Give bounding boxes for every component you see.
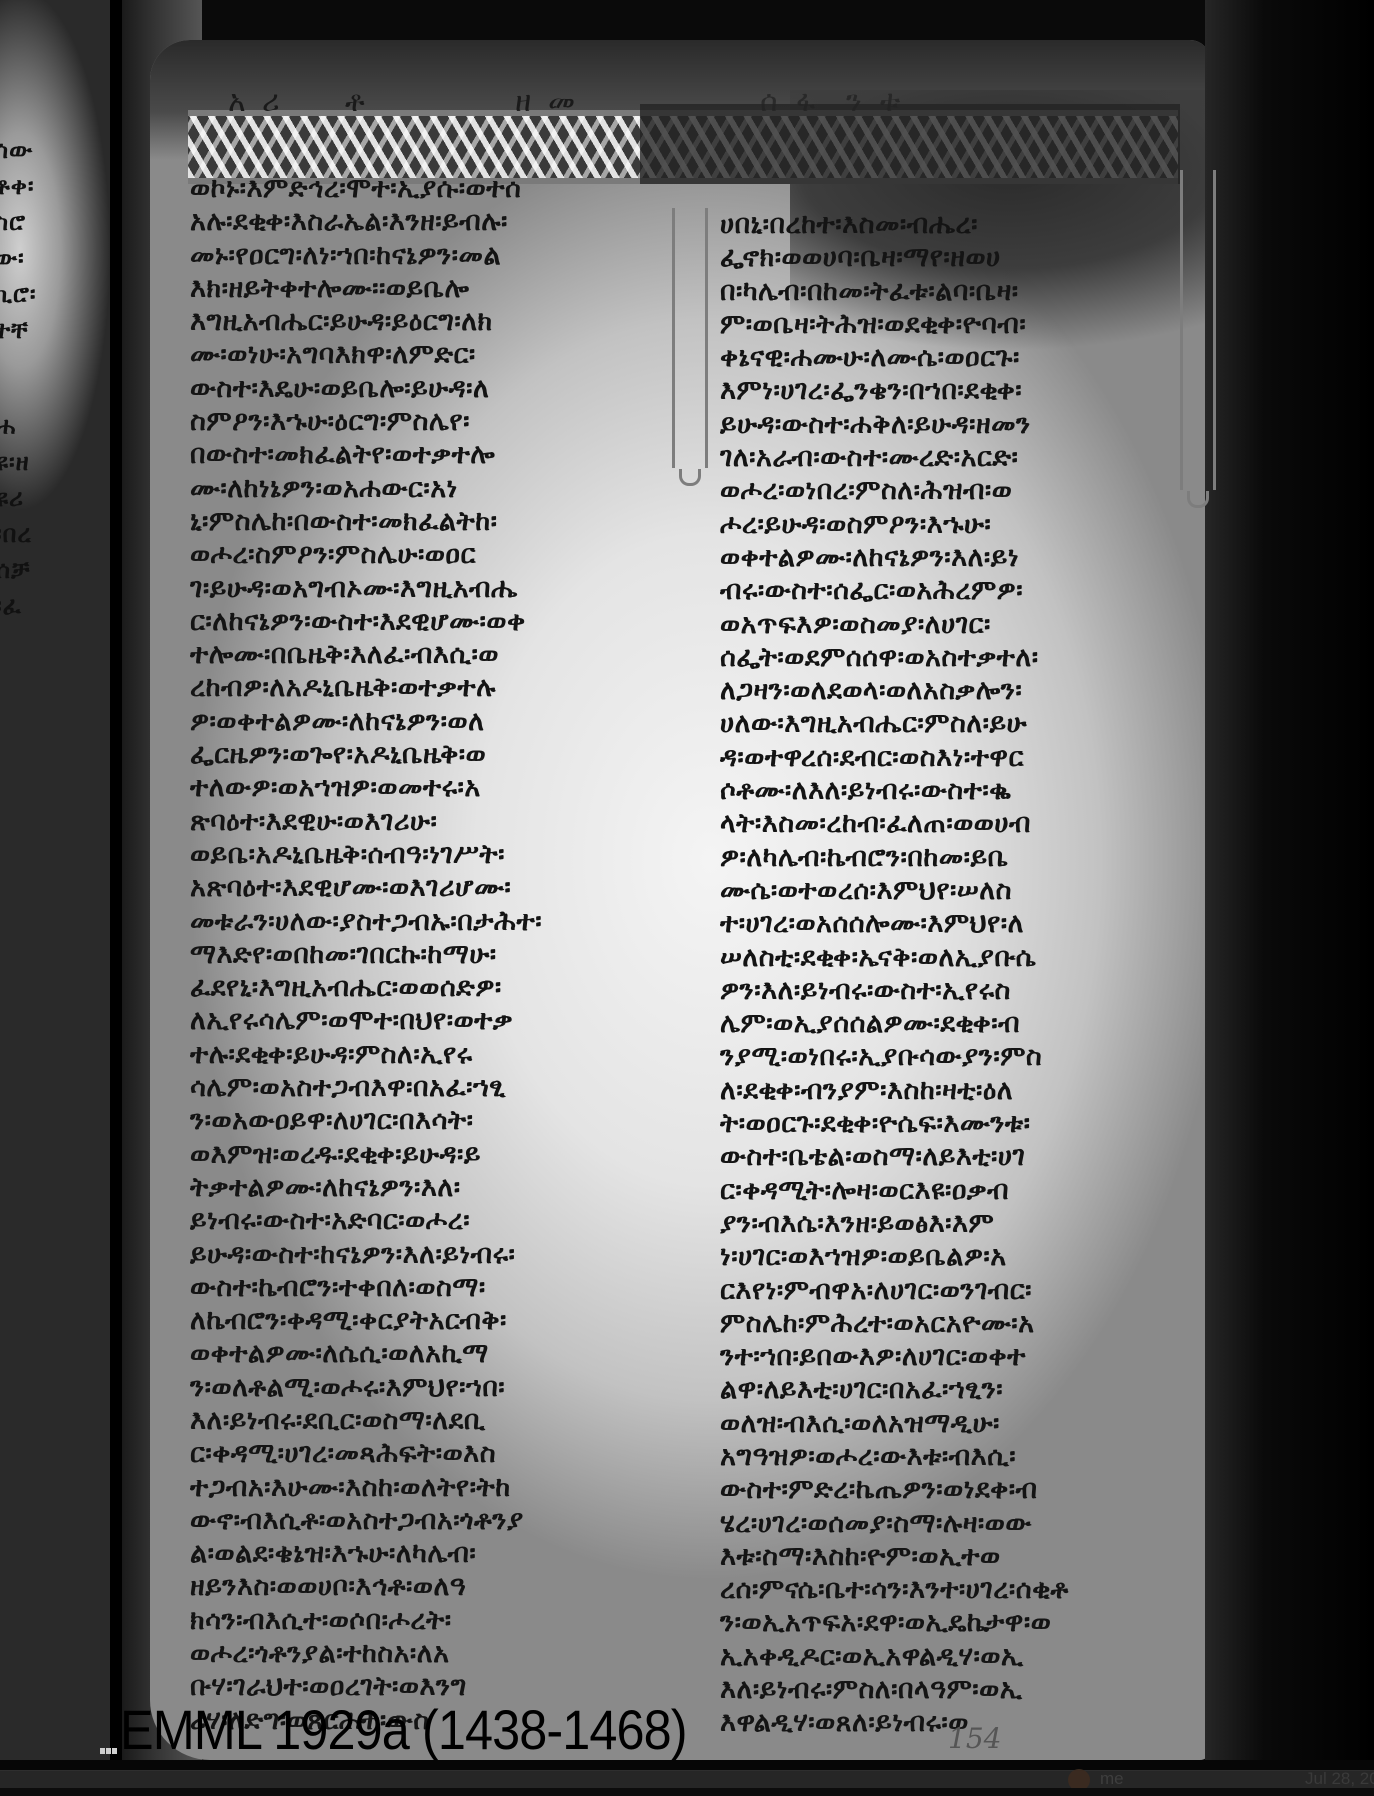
- left-folio-text-fragment: ሐ: [0, 411, 16, 440]
- manuscript-line: ወይቤ፡አዶኒቤዜቅ፡ሰብዓ፡ነገሥት፡: [190, 838, 650, 871]
- manuscript-line: ብሩ፡ውስተ፡ሰፌር፡ወአሕረምዎ፡: [720, 574, 1190, 607]
- manuscript-line: ር፡ለከናኔዎን፡ውስተ፡እደዊሆሙ፡ወቀ: [190, 605, 650, 638]
- manuscript-line: ያን፡ብእሴ፡እንዘ፡ይወፅእ፡እም: [720, 1207, 1190, 1240]
- manuscript-line: ተ፡ሀገረ፡ወአሰሰሎሙ፡እምህየ፡ለ: [720, 907, 1190, 940]
- left-folio-text-fragment: ዩ፡ዘ: [0, 447, 30, 476]
- manuscript-line: ርእየነ፡ምብዋአ፡ለሀገር፡ወንገብር፡: [720, 1274, 1190, 1307]
- headpiece-letter: ፋ: [796, 84, 815, 119]
- headpiece-letter: ቶ: [345, 84, 365, 119]
- manuscript-line: ወአጥፍእዎ፡ወስመያ፡ለሀገር፡: [720, 608, 1190, 641]
- user-name[interactable]: me: [1100, 1769, 1124, 1789]
- left-text-column: ወኮኑ፡እምድኅረ፡ሞተ፡ኢያሱ፡ወተሰአሉ፡ደቂቀ፡እስራኤል፡እንዘ፡ይብሉ…: [190, 172, 650, 1737]
- left-folio-text-fragment: ሰው: [0, 135, 33, 164]
- manuscript-line: ወሖረ፡ስምዖን፡ምስሌሁ፡ወዐር: [190, 538, 650, 571]
- manuscript-line: ተሎሙ፡በቤዜቅ፡እለፈ፡ብእሲ፡ወ: [190, 638, 650, 671]
- manuscript-line: ፌርዜዎን፡ወጐየ፡አዶኒቤዜቅ፡ወ: [190, 738, 650, 771]
- manuscript-line: ር፡ቀዳሚ፡ሀገረ፡መጻሕፍት፡ወእስ: [190, 1437, 650, 1470]
- manuscript-line: ሙሴ፡ወተወረሰ፡እምህየ፡ሠለስ: [720, 874, 1190, 907]
- manuscript-line: ኒ፡ምስሌከ፡በውስተ፡መክፈልትከ፡: [190, 505, 650, 538]
- manuscript-line: ማእድየ፡ወበከመ፡ገበርኩ፡ከማሁ፡: [190, 938, 650, 971]
- manuscript-line: ቀኔናዊ፡ሐሙሁ፡ለሙሴ፡ወዐርጉ፡: [720, 341, 1190, 374]
- manuscript-line: ር፡ቀዳሚት፡ሎዛ፡ወርእዩ፡ዐቃብ: [720, 1174, 1190, 1207]
- manuscript-line: ይሁዳ፡ውስተ፡ሐቅለ፡ይሁዳ፡ዘመን: [720, 408, 1190, 441]
- manuscript-line: ንያሚ፡ወነበሩ፡ኢያቡሳውያን፡ምስ: [720, 1040, 1190, 1073]
- manuscript-line: ሀበኒ፡በረከተ፡እስመ፡ብሔረ፡: [720, 208, 1190, 241]
- manuscript-line: መኑ፡የዐርግ፡ለነ፡ኀበ፡ከናኔዎን፡መል: [190, 239, 650, 272]
- manuscript-line: ገለ፡አራብ፡ውስተ፡ሙረድ፡አርድ፡: [720, 441, 1190, 474]
- manuscript-line: አሉ፡ደቂቀ፡እስራኤል፡እንዘ፡ይብሉ፡: [190, 205, 650, 238]
- manuscript-line: ለኢየሩሳሌም፡ወሞተ፡በህየ፡ወተቃ: [190, 1004, 650, 1037]
- manuscript-line: ክሳን፡ብእሲተ፡ወሶበ፡ሖረት፡: [190, 1604, 650, 1637]
- manuscript-line: ሌም፡ወኢያሰሰልዎሙ፡ደቂቀ፡ብ: [720, 1007, 1190, 1040]
- manuscript-line: ፈደየኒ፡እግዚአብሔር፡ወወሰድዎ፡: [190, 971, 650, 1004]
- manuscript-line: ውስተ፡ቤቴል፡ወስማ፡ለይእቲ፡ሀገ: [720, 1140, 1190, 1173]
- manuscript-line: ሠለስቲ፡ደቂቀ፡ኤናቅ፡ወለኢያቡሴ: [720, 941, 1190, 974]
- left-folio-text-fragment: ው፡: [0, 243, 25, 272]
- manuscript-line: ሄረ፡ሀገረ፡ወሰመያ፡ስማ፡ሉዛ፡ወው: [720, 1507, 1190, 1540]
- manuscript-line: ውስተ፡ምድረ፡ኬጤዎን፡ወነደቀ፡ብ: [720, 1473, 1190, 1506]
- manuscript-line: አጽባዕተ፡እደዊሆሙ፡ወእገሪሆሙ፡: [190, 871, 650, 904]
- manuscript-line: ሙ፡ወነሁ፡አግባእክዋ፡ለምድር፡: [190, 338, 650, 371]
- left-folio-text-fragment: ተቸ: [0, 315, 29, 344]
- manuscript-line: ፌኖክ፡ወወሀባ፡ቤዛ፡ማየ፡ዘወሀ: [720, 241, 1190, 274]
- left-folio-fragment: ሰውቶቀ፡ስሮው፡ኪሮ፡ተቸሐዩ፡ዘዩሪ፡በረሰቻ፡ፈ: [0, 0, 110, 1760]
- column-pillar-ornament: [672, 208, 708, 468]
- manuscript-line: ት፡ወዐርጉ፡ደቂቀ፡ዮሴፍ፡እሙንቱ፡: [720, 1107, 1190, 1140]
- right-text-column: ሀበኒ፡በረከተ፡እስመ፡ብሔረ፡ፌኖክ፡ወወሀባ፡ቤዛ፡ማየ፡ዘወሀበ፡ካሌብ…: [720, 208, 1190, 1740]
- manuscript-line: ን፡ወኢአጥፍአ፡ደዋ፡ወኢዴኬታዋ፡ወ: [720, 1606, 1190, 1639]
- left-folio-text-fragment: ፡በረ: [0, 519, 32, 548]
- manuscript-line: ል፡ወልደ፡ቄኔዝ፡እኁሁ፡ለካሌብ፡: [190, 1537, 650, 1570]
- headpiece-letter: አ: [228, 84, 246, 119]
- manuscript-line: በ፡ካሌብ፡በከመ፡ትፈቱ፡ልባ፡ቤዛ፡: [720, 275, 1190, 308]
- headpiece-letter: ን: [846, 84, 862, 119]
- manuscript-line: ወለዝ፡ብእሲ፡ወለአዝማዲሁ፡: [720, 1407, 1190, 1440]
- manuscript-line: እቱ፡ስማ፡እስከ፡ዮም፡ወኢተወ: [720, 1540, 1190, 1573]
- manuscript-line: ገ፡ይሁዳ፡ወአግብኦሙ፡እግዚአብሔ: [190, 572, 650, 605]
- manuscript-line: ነ፡ሀገር፡ወእኀዝዎ፡ወይቤልዎ፡አ: [720, 1240, 1190, 1273]
- manuscript-line: ዘይንእስ፡ወወሀቦ፡እኅቶ፡ወለዓ: [190, 1570, 650, 1603]
- manuscript-line: ወቀተልዎሙ፡ለሴሲ፡ወለአኪማ: [190, 1337, 650, 1370]
- headpiece-letter: ሪ: [262, 84, 280, 119]
- manuscript-line: ስምዖን፡እኁሁ፡ዕርግ፡ምስሌየ፡: [190, 405, 650, 438]
- manuscript-line: ለኬብሮን፡ቀዳሚ፡ቀርያትአርብቅ፡: [190, 1304, 650, 1337]
- manuscript-line: ልዋ፡ለይእቲ፡ሀገር፡በአፈ፡ኀፂን፡: [720, 1373, 1190, 1406]
- manuscript-line: ን፡ወለቶልሚ፡ወሖሩ፡እምህየ፡ኀበ፡: [190, 1371, 650, 1404]
- manuscript-line: ዎ፡ወቀተልዎሙ፡ለከናኔዎን፡ወለ: [190, 705, 650, 738]
- left-folio-text-fragment: ሰቻ: [0, 555, 30, 584]
- headpiece-letter: ሰ: [760, 84, 778, 119]
- manuscript-line: ላት፡እስመ፡ረከብ፡ፈለጠ፡ወወሀብ: [720, 807, 1190, 840]
- manuscript-line: አግዓዝዎ፡ወሖረ፡ውእቱ፡ብእሲ፡: [720, 1440, 1190, 1473]
- manuscript-line: ተሉ፡ደቂቀ፡ይሁዳ፡ምስለ፡ኢየሩ: [190, 1038, 650, 1071]
- manuscript-line: ሀለው፡እግዚአብሔር፡ምስለ፡ይሁ: [720, 707, 1190, 740]
- manuscript-line: ምስሌከ፡ምሕረተ፡ወአርአዮሙ፡አ: [720, 1307, 1190, 1340]
- manuscript-line: ተጋብአ፡እሁሙ፡እስከ፡ወለትየ፡ትከ: [190, 1471, 650, 1504]
- manuscript-line: ለጋዛን፡ወለደወላ፡ወለአስቃሎን፡: [720, 674, 1190, 707]
- manuscript-line: ውስተ፡እዴሁ፡ወይቤሎ፡ይሁዳ፡ለ: [190, 372, 650, 405]
- manuscript-line: ንተ፡ኀበ፡ይበውእዎ፡ለሀገር፡ወቀተ: [720, 1340, 1190, 1373]
- manuscript-line: ዎን፡እለ፡ይነብሩ፡ውስተ፡ኢየሩስ: [720, 974, 1190, 1007]
- manuscript-line: እምነ፡ሀገረ፡ፌንቄን፡በኀበ፡ደቂቀ፡: [720, 374, 1190, 407]
- manuscript-line: እግዚአብሔር፡ይሁዳ፡ይዕርግ፡ለክ: [190, 305, 650, 338]
- manuscript-line: ሙ፡ለከነኔዎን፡ወአሐውር፡አነ: [190, 472, 650, 505]
- manuscript-caption: EMML 1929a (1438-1468): [120, 1700, 687, 1760]
- manuscript-line: እለ፡ይነብሩ፡ምስለ፡በላዓም፡ወኢ: [720, 1673, 1190, 1706]
- manuscript-line: ወእምዝ፡ወረዱ፡ደቂቀ፡ይሁዳ፡ይ: [190, 1138, 650, 1171]
- manuscript-line: ይሁዳ፡ውስተ፡ከናኔዎን፡እለ፡ይነብሩ፡: [190, 1238, 650, 1271]
- headpiece-letter: ቱ: [880, 84, 900, 119]
- manuscript-line: በውስተ፡መክፈልትየ፡ወተቃተሎ: [190, 438, 650, 471]
- manuscript-line: ውስተ፡ኬብሮን፡ተቀበለ፡ወስማ፡: [190, 1271, 650, 1304]
- manuscript-line: ትቃተልዎሙ፡ለከናኔዎን፡እለ፡: [190, 1171, 650, 1204]
- manuscript-line: ጽባዕተ፡እደዊሁ፡ወእገሪሁ፡: [190, 805, 650, 838]
- manuscript-line: ወኮኑ፡እምድኅረ፡ሞተ፡ኢያሱ፡ወተሰ: [190, 172, 650, 205]
- manuscript-line: እለ፡ይነብሩ፡ደቢር፡ወስማ፡ለደቢ: [190, 1404, 650, 1437]
- image-viewer[interactable]: ሰውቶቀ፡ስሮው፡ኪሮ፡ተቸሐዩ፡ዘዩሪ፡በረሰቻ፡ፈ አሪቶዘመሰፋንቱ ወኮ…: [0, 0, 1374, 1760]
- manuscript-line: ወሖረ፡ጎቶንያል፡ተከስአ፡ለአ: [190, 1637, 650, 1670]
- folio-number: 154: [948, 1722, 1001, 1755]
- binding-gutter: [110, 0, 122, 1760]
- bottom-strip: [0, 1788, 1374, 1796]
- manuscript-line: ረከብዎ፡ለአዶኒቤዜቅ፡ወተቃተሉ: [190, 671, 650, 704]
- headpiece-letters: አሪቶዘመሰፋንቱ: [0, 84, 1374, 124]
- manuscript-line: ውኖ፡ብእሲቶ፡ወአስተጋብአ፡ጎቶንያ: [190, 1504, 650, 1537]
- left-folio-text-fragment: ዩሪ: [0, 483, 24, 512]
- headpiece-letter: ዘ: [515, 84, 531, 119]
- manuscript-line: ተለውዎ፡ወአኀዝዎ፡ወመተሩ፡አ: [190, 771, 650, 804]
- left-folio-text-fragment: ስሮ: [0, 207, 26, 236]
- manuscript-line: ኢአቀዲዶር፡ወኢአዋልዲሃ፡ወኢ: [720, 1640, 1190, 1673]
- manuscript-line: ሳሌም፡ወአስተጋብእዋ፡በአፈ፡ኀፂ: [190, 1071, 650, 1104]
- manuscript-line: ሖረ፡ይሁዳ፡ወስምዖን፡እኁሁ፡: [720, 508, 1190, 541]
- headpiece-letter: መ: [548, 84, 575, 119]
- upload-date: Jul 28, 20: [1305, 1769, 1374, 1789]
- left-folio-text-fragment: ቶቀ፡: [0, 171, 35, 200]
- manuscript-line: ወቀተልዎሙ፡ለከናኔዎን፡እለ፡ይነ: [720, 541, 1190, 574]
- left-folio-text-fragment: ኪሮ፡: [0, 279, 37, 308]
- viewer-bottom-bar: me Jul 28, 20: [0, 1770, 1374, 1789]
- manuscript-line: ረሰ፡ምናሴ፡ቤተ፡ሳን፡እንተ፡ሀገረ፡ሰቂቶ: [720, 1573, 1190, 1606]
- left-folio-text-fragment: ፡ፈ: [0, 591, 22, 620]
- manuscript-line: መቱራን፡ሀለው፡ያስተጋብኡ፡በታሕተ፡: [190, 905, 650, 938]
- manuscript-line: ይነብሩ፡ውስተ፡አድባር፡ወሖረ፡: [190, 1204, 650, 1237]
- manuscript-line: ዳ፡ወተዋረሰ፡ደብር፡ወስእነ፡ተዋር: [720, 741, 1190, 774]
- manuscript-line: እክ፡ዘይትቀተሎሙ፡፡ወይቤሎ: [190, 272, 650, 305]
- caption-marker-icon: [100, 1748, 118, 1754]
- right-background: [1205, 0, 1374, 1760]
- manuscript-line: ዎ፡ለካሌብ፡ኬብሮን፡በከመ፡ይቤ: [720, 841, 1190, 874]
- manuscript-line: ሰፌት፡ወደምሰሰዋ፡ወአስተቃተለ፡: [720, 641, 1190, 674]
- manuscript-line: ሶቶሙ፡ለእለ፡ይነብሩ፡ውስተ፡ቈ: [720, 774, 1190, 807]
- manuscript-line: ም፡ወቤዛ፡ትሕዝ፡ወደቂቀ፡ዮባብ፡: [720, 308, 1190, 341]
- manuscript-line: ወሖረ፡ወነበረ፡ምስለ፡ሕዝብ፡ወ: [720, 474, 1190, 507]
- manuscript-line: ለ፡ደቂቀ፡ብንያም፡እስከ፡ዛቲ፡ዕለ: [720, 1074, 1190, 1107]
- manuscript-line: ን፡ወአውዐይዋ፡ለሀገር፡በእሳት፡: [190, 1104, 650, 1137]
